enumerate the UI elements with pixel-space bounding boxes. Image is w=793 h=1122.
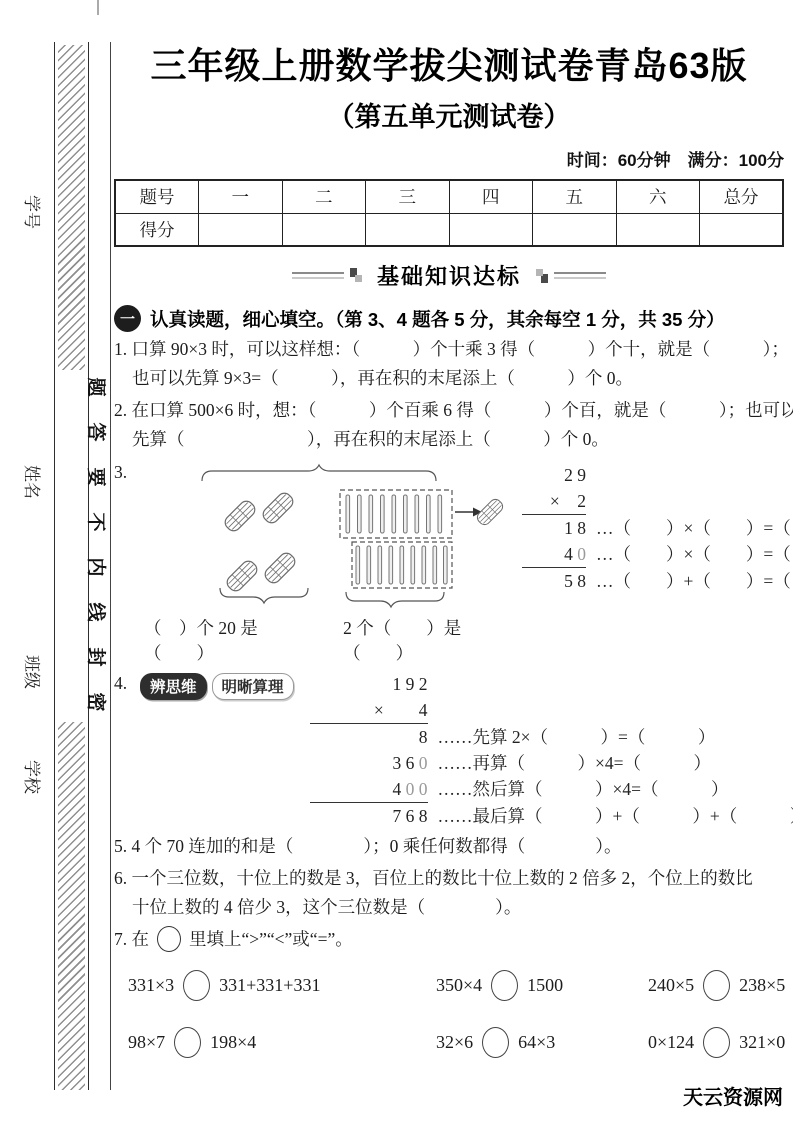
mult-note: …（ ）+（ ）=（ ）	[586, 568, 793, 594]
partial-product: 3 6 0	[310, 750, 428, 776]
field-label: 班级	[21, 655, 46, 689]
comparison-item: 0×124321×0	[648, 1027, 785, 1058]
score-empty-cell	[199, 213, 283, 246]
comparison-circle	[491, 970, 518, 1001]
seal-char: 封	[85, 644, 111, 670]
question-3: 3.	[114, 460, 784, 665]
question-7-line-1: 7. 在里填上“>”“<”或“=”。	[114, 925, 784, 954]
question-3-multiplication: 2 9 × 2 1 8 …（ ）×（ ）=（ ） 4 0 …（ ）×（ ）=（ …	[522, 462, 793, 594]
question-7: 7. 在里填上“>”“<”或“=”。	[114, 925, 784, 954]
field-label: 姓名	[21, 465, 46, 499]
question-7-suffix: 里填上“>”“<”或“=”。	[189, 929, 353, 949]
score-empty-cell	[366, 213, 450, 246]
question-1-line-1: 1. 口算 90×3 时，可以这样想：（ ）个十乘 3 得（ ）个十，就是（ ）…	[114, 335, 784, 364]
comparison-item: 331×3331+331+331	[128, 970, 436, 1001]
multiplicand: 1 9 2	[310, 671, 428, 697]
time-and-score-info: 时间：60分钟 满分：100分	[114, 146, 784, 171]
top-brace	[202, 465, 436, 481]
score-header-cell: 总分	[700, 180, 784, 213]
fill-circle-sample	[157, 926, 181, 952]
partial-product: 1 8	[522, 514, 586, 541]
mult-note: ……再算（ ）×4=（ ）	[428, 750, 712, 776]
seal-char: 题	[85, 374, 111, 400]
seal-char: 密	[85, 689, 111, 715]
score-row-label: 得分	[115, 213, 199, 246]
question-3-diagram-area: （ ）个 20 是（ ） 2 个（ ）是（ ）	[140, 460, 504, 665]
thinking-badge: 辨思维	[140, 673, 207, 700]
under-brace-right	[346, 592, 444, 607]
question-6: 6. 一个三位数，十位上的数是 3，百位上的数比十位上数的 2 倍多 2，个位上…	[114, 864, 784, 922]
question-4-multiplication: 1 9 2 × 4 8 ……先算 2×（ ）=（ ） 3 6 0 ……再算（ ）…	[310, 671, 793, 829]
comparison-circle	[183, 970, 210, 1001]
score-header-cell: 六	[616, 180, 700, 213]
score-table: 题号 一 二 三 四 五 六 总分 得分	[114, 179, 784, 247]
comparison-item: 350×41500	[436, 970, 648, 1001]
comparison-item: 98×7198×4	[128, 1027, 436, 1058]
page-subtitle: （第五单元测试卷）	[114, 95, 784, 134]
main-content: 三年级上册数学拔尖测试卷青岛63版 （第五单元测试卷） 时间：60分钟 满分：1…	[114, 38, 784, 1058]
score-empty-cell	[449, 213, 533, 246]
question-6-line-2: 十位上数的 4 倍少 3，这个三位数是（ ）。	[114, 893, 784, 922]
question-5: 5. 4 个 70 连加的和是（ ）；0 乘任何数都得（ ）。	[114, 832, 784, 861]
mult-row: 4 0 …（ ）×（ ）=（ ）	[522, 541, 793, 567]
score-value-row: 得分	[115, 213, 783, 246]
seal-char: 线	[85, 599, 111, 625]
score-empty-cell	[282, 213, 366, 246]
question-5-line-1: 5. 4 个 70 连加的和是（ ）；0 乘任何数都得（ ）。	[114, 832, 784, 861]
score-header-cell: 五	[533, 180, 617, 213]
score-header-cell: 二	[282, 180, 366, 213]
question-7-prefix: 7. 在	[114, 929, 149, 949]
part-instruction: 认真读题，细心填空。（第 3、4 题各 5 分，其余每空 1 分，共 35 分）	[150, 306, 725, 332]
mult-note: ……先算 2×（ ）=（ ）	[428, 724, 716, 750]
decorative-line-right	[554, 272, 606, 279]
seal-border-left	[54, 42, 55, 1090]
score-header-cell: 题号	[115, 180, 199, 213]
multiplier-row: × 4	[310, 697, 428, 723]
score-empty-cell	[533, 213, 617, 246]
score-header-row: 题号 一 二 三 四 五 六 总分	[115, 180, 783, 213]
seal-char: 内	[85, 554, 111, 580]
partial-product: 4 0	[522, 541, 586, 567]
question-6-line-1: 6. 一个三位数，十位上的数是 3，百位上的数比十位上数的 2 倍多 2，个位上…	[114, 864, 784, 893]
comparison-circle	[703, 970, 730, 1001]
mult-row: 5 8 …（ ）+（ ）=（ ）	[522, 567, 793, 594]
mult-row: 1 8 …（ ）×（ ）=（ ）	[522, 514, 793, 541]
mult-note: ……然后算（ ）×4=（ ）	[428, 776, 729, 802]
score-header-cell: 一	[199, 180, 283, 213]
seal-hatch-top	[58, 45, 85, 370]
score-empty-cell	[616, 213, 700, 246]
mult-row: 4 0 0 ……然后算（ ）×4=（ ）	[310, 776, 793, 802]
part-one-header: 一 认真读题，细心填空。（第 3、4 题各 5 分，其余每空 1 分，共 35 …	[114, 305, 784, 332]
question-3-number: 3.	[114, 460, 140, 484]
section-header: 基础知识达标	[114, 260, 784, 291]
seal-char: 要	[85, 464, 111, 490]
question-1: 1. 口算 90×3 时，可以这样想：（ ）个十乘 3 得（ ）个十，就是（ ）…	[114, 335, 784, 393]
mult-row: 3 6 0 ……再算（ ）×4=（ ）	[310, 750, 793, 776]
score-empty-cell	[700, 213, 784, 246]
question-4-number: 4.	[114, 671, 140, 695]
mult-row: 1 9 2	[310, 671, 793, 697]
comparison-circle	[703, 1027, 730, 1058]
seal-char: 不	[85, 509, 111, 535]
product-total: 7 6 8	[310, 802, 428, 829]
reasoning-badge: 明晰算理	[212, 673, 294, 700]
decorative-line-left	[292, 272, 344, 279]
mult-note: …（ ）×（ ）=（ ）	[586, 541, 793, 567]
comparison-grid: 331×3331+331+331 350×41500 240×5238×5 98…	[114, 970, 784, 1058]
field-label: 学校	[21, 760, 46, 794]
seal-hatch-bottom	[58, 722, 85, 1090]
question-4-badges: 辨思维 明晰算理	[140, 673, 294, 700]
question-2: 2. 在口算 500×6 时，想：（ ）个百乘 6 得（ ）个百，就是（ ）；也…	[114, 396, 784, 454]
question-3-captions: （ ）个 20 是（ ） 2 个（ ）是（ ）	[140, 615, 504, 665]
field-label: 学号	[21, 195, 46, 229]
score-header-cell: 四	[449, 180, 533, 213]
mult-row: 7 6 8 ……最后算（ ）+（ ）+（ ）=（ ）	[310, 802, 793, 829]
question-1-line-2: 也可以先算 9×3=（ ），再在积的末尾添上（ ）个 0。	[114, 364, 784, 393]
mult-row: 8 ……先算 2×（ ）=（ ）	[310, 723, 793, 750]
section-title: 基础知识达标	[377, 260, 521, 291]
page-fold-mark	[97, 0, 99, 15]
page-title: 三年级上册数学拔尖测试卷青岛63版	[114, 38, 784, 89]
partial-product: 8	[310, 723, 428, 750]
watermark: 天云资源网	[683, 1081, 783, 1110]
mult-note: ……最后算（ ）+（ ）+（ ）=（ ）	[428, 803, 793, 829]
part-number-badge: 一	[114, 305, 141, 332]
multiplicand: 2 9	[522, 462, 586, 488]
block-ornament-icon	[535, 268, 548, 283]
mult-row: 2 9	[522, 462, 793, 488]
sticks-diagram	[140, 460, 504, 610]
partial-product: 4 0 0	[310, 776, 428, 802]
comparison-item: 240×5238×5	[648, 970, 785, 1001]
mult-note: …（ ）×（ ）=（ ）	[586, 515, 793, 541]
question-2-line-1: 2. 在口算 500×6 时，想：（ ）个百乘 6 得（ ）个百，就是（ ）；也…	[114, 396, 784, 425]
question-2-line-2: 先算（ ），再在积的末尾添上（ ）个 0。	[114, 425, 784, 454]
question-3-caption-right: 2 个（ ）是（ ）	[343, 615, 504, 665]
seal-char: 答	[85, 419, 111, 445]
product-total: 5 8	[522, 567, 586, 594]
mult-row: × 4	[310, 697, 793, 723]
comparison-circle	[482, 1027, 509, 1058]
mult-row: × 2	[522, 488, 793, 514]
multiplier-row: × 2	[522, 488, 586, 514]
question-4: 4. 辨思维 明晰算理 1 9 2 × 4 8 ……先算 2×（ ）=（ ） 3…	[114, 671, 784, 829]
comparison-circle	[174, 1027, 201, 1058]
question-3-caption-left: （ ）个 20 是（ ）	[144, 615, 301, 665]
score-header-cell: 三	[366, 180, 450, 213]
block-ornament-icon	[350, 268, 363, 283]
test-paper-page: 学号 姓名 班级 学校 题 答 要 不 内 线 封 密 三年级上册数学拔尖测试卷…	[0, 0, 793, 1122]
comparison-item: 32×664×3	[436, 1027, 648, 1058]
